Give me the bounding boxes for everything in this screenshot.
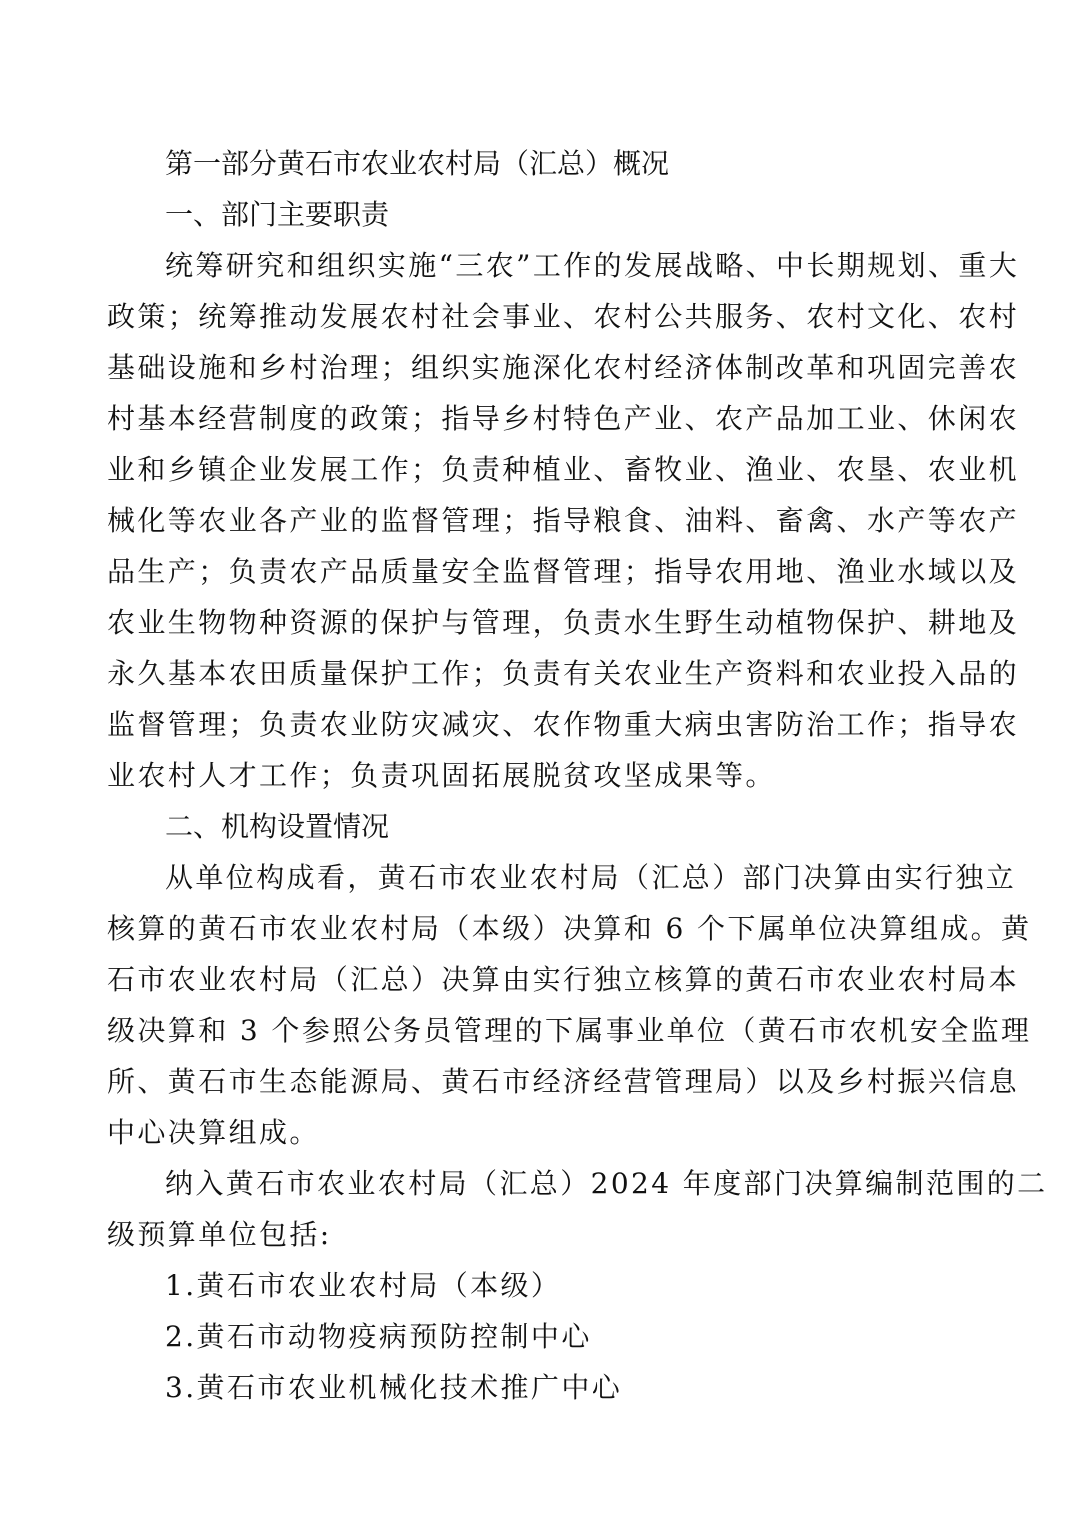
paragraph-line: 基础设施和乡村治理；组织实施深化农村经济体制改革和巩固完善农 <box>107 342 977 393</box>
organization-paragraph: 从单位构成看，黄石市农业农村局（汇总）部门决算由实行独立 核算的黄石市农业农村局… <box>107 852 977 1158</box>
paragraph-line: 械化等农业各产业的监督管理；指导粮食、油料、畜禽、水产等农产 <box>107 495 977 546</box>
paragraph-line: 统筹研究和组织实施“三农”工作的发展战略、中长期规划、重大 <box>107 240 977 291</box>
paragraph-line: 业和乡镇企业发展工作；负责种植业、畜牧业、渔业、农垦、农业机 <box>107 444 977 495</box>
unit-list-item: 2.黄石市动物疫病预防控制中心 <box>107 1311 977 1362</box>
part-title: 第一部分黄石市农业农村局（汇总）概况 <box>107 138 977 189</box>
paragraph-line: 石市农业农村局（汇总）决算由实行独立核算的黄石市农业农村局本 <box>107 954 977 1005</box>
section-heading-organization: 二、机构设置情况 <box>107 801 977 852</box>
unit-list-item: 1.黄石市农业农村局（本级） <box>107 1260 977 1311</box>
paragraph-line: 级预算单位包括: <box>107 1209 977 1260</box>
paragraph-line: 核算的黄石市农业农村局（本级）决算和 6 个下属单位决算组成。黄 <box>107 903 977 954</box>
paragraph-line: 中心决算组成。 <box>107 1107 977 1158</box>
paragraph-line: 品生产；负责农产品质量安全监督管理；指导农用地、渔业水域以及 <box>107 546 977 597</box>
paragraph-line: 政策；统筹推动发展农村社会事业、农村公共服务、农村文化、农村 <box>107 291 977 342</box>
paragraph-line: 村基本经营制度的政策；指导乡村特色产业、农产品加工业、休闲农 <box>107 393 977 444</box>
section-heading-responsibilities: 一、部门主要职责 <box>107 189 977 240</box>
unit-list: 1.黄石市农业农村局（本级） 2.黄石市动物疫病预防控制中心 3.黄石市农业机械… <box>107 1260 977 1413</box>
paragraph-line: 监督管理；负责农业防灾减灾、农作物重大病虫害防治工作；指导农 <box>107 699 977 750</box>
paragraph-line: 所、黄石市生态能源局、黄石市经济经营管理局）以及乡村振兴信息 <box>107 1056 977 1107</box>
responsibilities-paragraph: 统筹研究和组织实施“三农”工作的发展战略、中长期规划、重大 政策；统筹推动发展农… <box>107 240 977 801</box>
paragraph-line: 从单位构成看，黄石市农业农村局（汇总）部门决算由实行独立 <box>107 852 977 903</box>
paragraph-line: 纳入黄石市农业农村局（汇总）2024 年度部门决算编制范围的二 <box>107 1158 977 1209</box>
document-page: 第一部分黄石市农业农村局（汇总）概况 一、部门主要职责 统筹研究和组织实施“三农… <box>107 138 977 1413</box>
scope-paragraph: 纳入黄石市农业农村局（汇总）2024 年度部门决算编制范围的二 级预算单位包括: <box>107 1158 977 1260</box>
paragraph-line: 业农村人才工作；负责巩固拓展脱贫攻坚成果等。 <box>107 750 977 801</box>
unit-list-item: 3.黄石市农业机械化技术推广中心 <box>107 1362 977 1413</box>
paragraph-line: 农业生物物种资源的保护与管理，负责水生野生动植物保护、耕地及 <box>107 597 977 648</box>
paragraph-line: 级决算和 3 个参照公务员管理的下属事业单位（黄石市农机安全监理 <box>107 1005 977 1056</box>
paragraph-line: 永久基本农田质量保护工作；负责有关农业生产资料和农业投入品的 <box>107 648 977 699</box>
